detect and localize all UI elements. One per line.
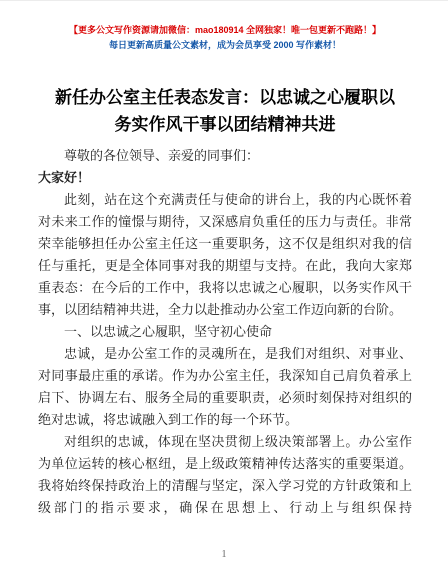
section-heading-1: 一、以忠诚之心履职，坚守初心使命 bbox=[38, 321, 412, 343]
ad-banner-line-1: 【更多公文写作资源请加微信：mao180914 全网独家！唯一包更新不跑路！】 bbox=[38, 23, 412, 38]
body-paragraph-2: 忠诚，是办公室工作的灵魂所在，是我们对组织、对事业、对同事最庄重的承诺。作为办公… bbox=[38, 343, 412, 431]
ad-banner-line-2: 每日更新高质量公文素材，成为会员享受 2000 写作素材！ bbox=[38, 38, 412, 53]
ad-banner: 【更多公文写作资源请加微信：mao180914 全网独家！唯一包更新不跑路！】 … bbox=[38, 23, 412, 53]
document-body: 尊敬的各位领导、亲爱的同事们： 大家好！ 此刻，站在这个充满责任与使命的讲台上，… bbox=[38, 145, 412, 519]
document-title-line-1: 新任办公室主任表态发言：以忠诚之心履职以 bbox=[38, 84, 412, 111]
page-number: 1 bbox=[0, 549, 448, 560]
greeting: 大家好！ bbox=[38, 167, 412, 189]
body-paragraph-1: 此刻，站在这个充满责任与使命的讲台上，我的内心既怀着对未来工作的憧憬与期待，又深… bbox=[38, 189, 412, 321]
salutation: 尊敬的各位领导、亲爱的同事们： bbox=[38, 145, 412, 167]
document-title-line-2: 务实作风干事以团结精神共进 bbox=[38, 111, 412, 138]
document-page: 【更多公文写作资源请加微信：mao180914 全网独家！唯一包更新不跑路！】 … bbox=[0, 0, 448, 580]
body-paragraph-3: 对组织的忠诚，体现在坚决贯彻上级决策部署上。办公室作为单位运转的核心枢纽，是上级… bbox=[38, 431, 412, 519]
document-title: 新任办公室主任表态发言：以忠诚之心履职以 务实作风干事以团结精神共进 bbox=[38, 84, 412, 138]
